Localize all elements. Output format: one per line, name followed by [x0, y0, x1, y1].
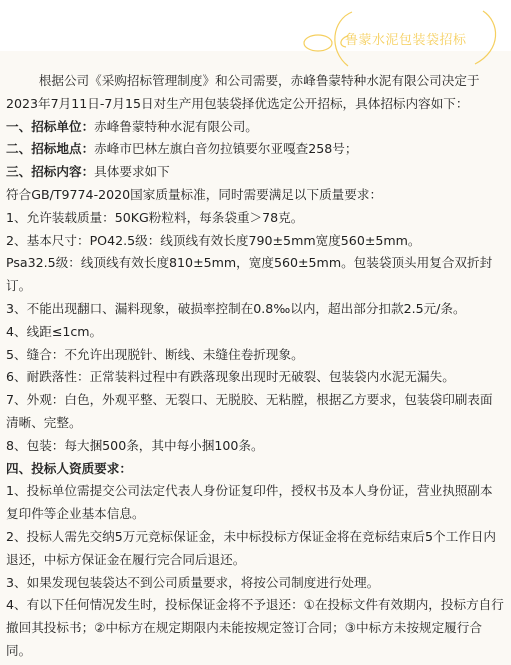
requirement-item: 1、允许装载质量：50KG粉粒料，每条袋重＞78克。	[6, 207, 504, 230]
quality-standard: 符合GB/T9774-2020国家质量标准，同时需要满足以下质量要求：	[6, 184, 504, 207]
section-tender-location: 二、招标地点：赤峰市巴林左旗白音勿拉镇要尔亚嘎查258号；	[6, 138, 504, 161]
section-bidder-qualification: 四、投标人资质要求：	[6, 458, 504, 481]
requirement-item: 5、缝合：不允许出现脱针、断线、未缝住卷折现象。	[6, 344, 504, 367]
section-label: 一、招标单位：	[6, 119, 94, 134]
requirement-item: Psa32.5级：线顶线有效长度810±5mm，宽度560±5mm。包装袋顶头用…	[6, 252, 504, 298]
section-value: 赤峰市巴林左旗白音勿拉镇要尔亚嘎查258号；	[94, 141, 357, 156]
qualification-item: 4、有以下任何情况发生时，投标保证金将不予退还：①在投标文件有效期内，投标方自行…	[6, 594, 504, 662]
section-label: 三、招标内容：	[6, 164, 94, 179]
section-tender-content: 三、招标内容：具体要求如下	[6, 161, 504, 184]
requirement-item: 8、包装：每大捆500条，其中每小捆100条。	[6, 435, 504, 458]
section-value: 赤峰鲁蒙特种水泥有限公司。	[94, 119, 258, 134]
qualification-item: 3、如果发现包装袋达不到公司质量要求，将按公司制度进行处理。	[6, 572, 504, 595]
qualification-item: 1、投标单位需提交公司法定代表人身份证复印件，授权书及本人身份证，营业执照副本复…	[6, 480, 504, 526]
intro-paragraph: 根据公司《采购招标管理制度》和公司需要，赤峰鲁蒙特种水泥有限公司决定于2023年…	[6, 70, 504, 116]
section-label: 二、招标地点：	[6, 141, 94, 156]
page-title: 鲁蒙水泥包装袋招标	[345, 29, 467, 48]
requirement-item: 7、外观：白色，外观平整、无裂口、无脱胶、无粘膛，根据乙方要求，包装袋印刷表面清…	[6, 389, 504, 435]
requirement-item: 4、线距≤1cm。	[6, 321, 504, 344]
requirement-item: 2、基本尺寸：PO42.5级：线顶线有效长度790±5mm宽度560±5mm。	[6, 230, 504, 253]
requirement-item: 6、耐跌落性：正常装料过程中有跌落现象出现时无破裂、包装袋内水泥无漏失。	[6, 366, 504, 389]
document-body: 根据公司《采购招标管理制度》和公司需要，赤峰鲁蒙特种水泥有限公司决定于2023年…	[6, 70, 504, 663]
qualification-item: 2、投标人需先交纳5万元竞标保证金，未中标投标方保证金将在竞标结束后5个工作日内…	[6, 526, 504, 572]
title-badge: 鲁蒙水泥包装袋招标	[300, 0, 500, 70]
section-value: 具体要求如下	[94, 164, 170, 179]
section-tender-unit: 一、招标单位：赤峰鲁蒙特种水泥有限公司。	[6, 116, 504, 139]
requirement-item: 3、不能出现翻口、漏料现象，破损率控制在0.8‰以内，超出部分扣款2.5元/条。	[6, 298, 504, 321]
